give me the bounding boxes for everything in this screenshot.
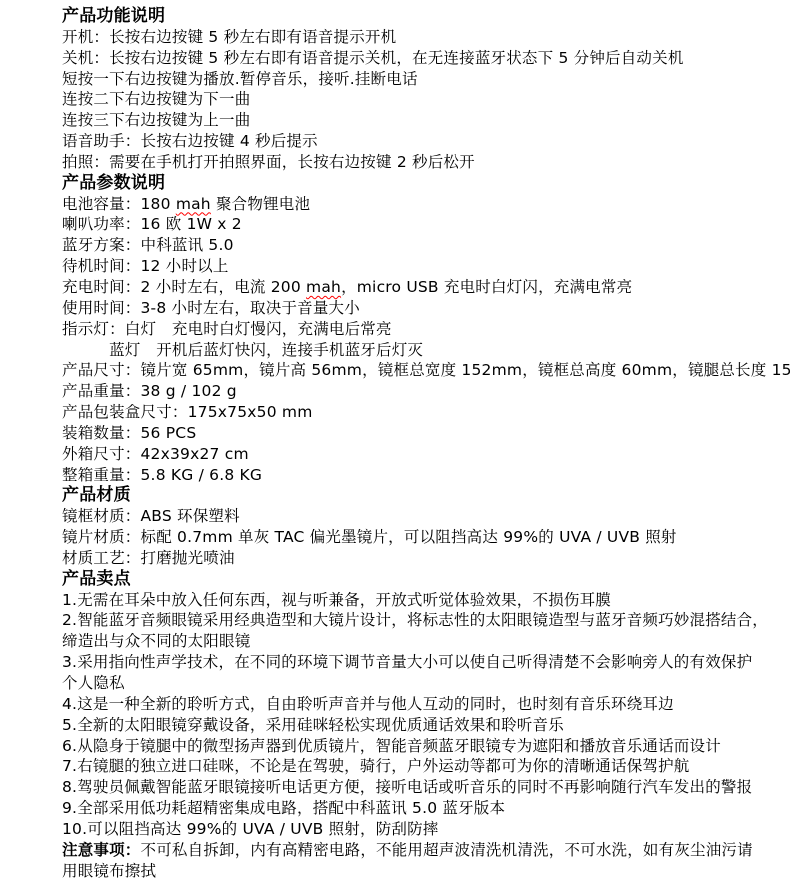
text-line: 材质工艺：打磨抛光喷油 xyxy=(62,548,784,569)
text-segment: 材质工艺：打磨抛光喷油 xyxy=(62,549,235,567)
text-segment: 蓝牙方案：中科蓝讯 5.0 xyxy=(62,236,234,254)
text-line: 镜框材质：ABS 环保塑料 xyxy=(62,506,784,527)
text-line: 产品重量：38 g / 102 g xyxy=(62,381,784,402)
text-line: 连按二下右边按键为下一曲 xyxy=(62,89,784,110)
text-line: 电池容量：180 mah 聚合物锂电池 xyxy=(62,194,784,215)
text-segment: 装箱数量：56 PCS xyxy=(62,424,196,442)
text-segment: 连按三下右边按键为上一曲 xyxy=(62,111,250,129)
text-line: 开机：长按右边按键 5 秒左右即有语音提示开机 xyxy=(62,27,784,48)
text-line: 短按一下右边按键为播放.暂停音乐，接听.挂断电话 xyxy=(62,69,784,90)
text-segment: 9.全部采用低功耗超精密集成电路，搭配中科蓝讯 5.0 蓝牙版本 xyxy=(62,799,505,817)
text-line: 语音助手：长按右边按键 4 秒后提示 xyxy=(62,131,784,152)
text-line: 4.这是一种全新的聆听方式，自由聆听声音并与他人互动的同时，也时刻有音乐环绕耳边 xyxy=(62,694,784,715)
text-line: 个人隐私 xyxy=(62,673,784,694)
text-segment: 3.采用指向性声学技术，在不同的环境下调节音量大小可以使自己听得清楚不会影响旁人… xyxy=(62,653,752,671)
text-segment: 产品重量：38 g / 102 g xyxy=(62,382,237,400)
text-segment: 2.智能蓝牙音频眼镜采用经典造型和大镜片设计，将标志性的太阳眼镜造型与蓝牙音频巧… xyxy=(62,611,768,629)
section-heading: 产品材质 xyxy=(62,485,784,506)
text-segment: 7.右镜腿的独立进口硅咪，不论是在驾驶，骑行，户外运动等都可为你的清晰通话保驾护… xyxy=(62,757,690,775)
text-segment: ，micro USB 充电时白灯闪，充满电常亮 xyxy=(341,278,632,296)
text-segment: 4.这是一种全新的聆听方式，自由聆听声音并与他人互动的同时，也时刻有音乐环绕耳边 xyxy=(62,695,674,713)
text-segment: 短按一下右边按键为播放.暂停音乐，接听.挂断电话 xyxy=(62,70,418,88)
text-segment: 用眼镜布擦拭 xyxy=(62,862,156,878)
text-line: 7.右镜腿的独立进口硅咪，不论是在驾驶，骑行，户外运动等都可为你的清晰通话保驾护… xyxy=(62,756,784,777)
bold-text-segment: 注意事项： xyxy=(62,841,141,859)
text-line: 10.可以阻挡高达 99%的 UVA / UVB 照射，防刮防摔 xyxy=(62,819,784,840)
text-line: 产品尺寸：镜片宽 65mm，镜片高 56mm，镜框总宽度 152mm，镜框总高度… xyxy=(62,360,784,381)
bold-text-segment: 产品卖点 xyxy=(62,569,131,589)
text-segment: 个人隐私 xyxy=(62,674,125,692)
text-segment: 蓝灯 开机后蓝灯快闪，连接手机蓝牙后灯灭 xyxy=(62,341,423,359)
section-heading: 产品功能说明 xyxy=(62,6,784,27)
text-segment: 拍照：需要在手机打开拍照界面，长按右边按键 2 秒后松开 xyxy=(62,153,475,171)
text-segment: 5.全新的太阳眼镜穿戴设备，采用硅咪轻松实现优质通话效果和聆听音乐 xyxy=(62,716,564,734)
bold-text-segment: 产品参数说明 xyxy=(62,173,165,193)
text-line: 蓝灯 开机后蓝灯快闪，连接手机蓝牙后灯灭 xyxy=(62,340,784,361)
text-segment: 待机时间：12 小时以上 xyxy=(62,257,229,275)
text-segment: 指示灯：白灯 充电时白灯慢闪，充满电后常亮 xyxy=(62,320,392,338)
text-line: 待机时间：12 小时以上 xyxy=(62,256,784,277)
text-line: 产品包装盒尺寸：175x75x50 mm xyxy=(62,402,784,423)
text-line: 指示灯：白灯 充电时白灯慢闪，充满电后常亮 xyxy=(62,319,784,340)
section-heading: 产品卖点 xyxy=(62,569,784,590)
text-segment: 1.无需在耳朵中放入任何东西，视与听兼备，开放式听觉体验效果，不损伤耳膜 xyxy=(62,591,611,609)
text-line: 拍照：需要在手机打开拍照界面，长按右边按键 2 秒后松开 xyxy=(62,152,784,173)
text-segment: 镜片材质：标配 0.7mm 单灰 TAC 偏光墨镜片，可以阻挡高达 99%的 U… xyxy=(62,528,677,546)
text-segment: 缔造出与众不同的太阳眼镜 xyxy=(62,632,250,650)
text-segment: 不可私自拆卸，内有高精密电路，不能用超声波清洗机清洗，不可水洗，如有灰尘油污请 xyxy=(141,841,753,859)
bold-text-segment: 产品功能说明 xyxy=(62,6,165,26)
text-segment: 外箱尺寸：42x39x27 cm xyxy=(62,445,249,463)
document-body: 产品功能说明开机：长按右边按键 5 秒左右即有语音提示开机关机：长按右边按键 5… xyxy=(62,6,784,878)
text-line: 充电时间：2 小时左右，电流 200 mah，micro USB 充电时白灯闪，… xyxy=(62,277,784,298)
text-segment: 整箱重量：5.8 KG / 6.8 KG xyxy=(62,466,262,484)
text-line: 用眼镜布擦拭 xyxy=(62,861,784,878)
text-segment: 连按二下右边按键为下一曲 xyxy=(62,90,250,108)
text-segment: 关机：长按右边按键 5 秒左右即有语音提示关机，在无连接蓝牙状态下 5 分钟后自… xyxy=(62,49,684,67)
text-segment: 喇叭功率：16 欧 1W x 2 xyxy=(62,215,242,233)
document-page: 产品功能说明开机：长按右边按键 5 秒左右即有语音提示开机关机：长按右边按键 5… xyxy=(0,0,790,878)
text-line: 关机：长按右边按键 5 秒左右即有语音提示关机，在无连接蓝牙状态下 5 分钟后自… xyxy=(62,48,784,69)
text-line: 1.无需在耳朵中放入任何东西，视与听兼备，开放式听觉体验效果，不损伤耳膜 xyxy=(62,590,784,611)
text-line: 喇叭功率：16 欧 1W x 2 xyxy=(62,214,784,235)
text-line: 8.驾驶员佩戴智能蓝牙眼镜接听电话更方便，接听电话或听音乐的同时不再影响随行汽车… xyxy=(62,777,784,798)
text-segment: 8.驾驶员佩戴智能蓝牙眼镜接听电话更方便，接听电话或听音乐的同时不再影响随行汽车… xyxy=(62,778,752,796)
text-line: 6.从隐身于镜腿中的微型扬声器到优质镜片，智能音频蓝牙眼镜专为遮阳和播放音乐通话… xyxy=(62,736,784,757)
text-segment: 产品尺寸：镜片宽 65mm，镜片高 56mm，镜框总宽度 152mm，镜框总高度… xyxy=(62,361,790,379)
text-line: 蓝牙方案：中科蓝讯 5.0 xyxy=(62,235,784,256)
text-segment: 充电时间：2 小时左右，电流 200 xyxy=(62,278,306,296)
spellcheck-word: mah xyxy=(176,195,211,213)
text-segment: 产品包装盒尺寸：175x75x50 mm xyxy=(62,403,313,421)
text-line: 外箱尺寸：42x39x27 cm xyxy=(62,444,784,465)
text-segment: 使用时间：3-8 小时左右，取决于音量大小 xyxy=(62,299,360,317)
text-line: 缔造出与众不同的太阳眼镜 xyxy=(62,631,784,652)
text-segment: 聚合物锂电池 xyxy=(211,195,310,213)
text-segment: 6.从隐身于镜腿中的微型扬声器到优质镜片，智能音频蓝牙眼镜专为遮阳和播放音乐通话… xyxy=(62,737,721,755)
spellcheck-word: mah xyxy=(306,278,341,296)
text-segment: 电池容量：180 xyxy=(62,195,176,213)
text-line: 注意事项：不可私自拆卸，内有高精密电路，不能用超声波清洗机清洗，不可水洗，如有灰… xyxy=(62,840,784,861)
text-line: 3.采用指向性声学技术，在不同的环境下调节音量大小可以使自己听得清楚不会影响旁人… xyxy=(62,652,784,673)
text-line: 镜片材质：标配 0.7mm 单灰 TAC 偏光墨镜片，可以阻挡高达 99%的 U… xyxy=(62,527,784,548)
text-segment: 语音助手：长按右边按键 4 秒后提示 xyxy=(62,132,318,150)
text-line: 9.全部采用低功耗超精密集成电路，搭配中科蓝讯 5.0 蓝牙版本 xyxy=(62,798,784,819)
text-line: 整箱重量：5.8 KG / 6.8 KG xyxy=(62,465,784,486)
text-segment: 开机：长按右边按键 5 秒左右即有语音提示开机 xyxy=(62,28,396,46)
text-segment: 10.可以阻挡高达 99%的 UVA / UVB 照射，防刮防摔 xyxy=(62,820,439,838)
text-line: 装箱数量：56 PCS xyxy=(62,423,784,444)
text-segment: 镜框材质：ABS 环保塑料 xyxy=(62,507,240,525)
section-heading: 产品参数说明 xyxy=(62,173,784,194)
text-line: 2.智能蓝牙音频眼镜采用经典造型和大镜片设计，将标志性的太阳眼镜造型与蓝牙音频巧… xyxy=(62,610,784,631)
text-line: 5.全新的太阳眼镜穿戴设备，采用硅咪轻松实现优质通话效果和聆听音乐 xyxy=(62,715,784,736)
bold-text-segment: 产品材质 xyxy=(62,485,131,505)
text-line: 连按三下右边按键为上一曲 xyxy=(62,110,784,131)
text-line: 使用时间：3-8 小时左右，取决于音量大小 xyxy=(62,298,784,319)
